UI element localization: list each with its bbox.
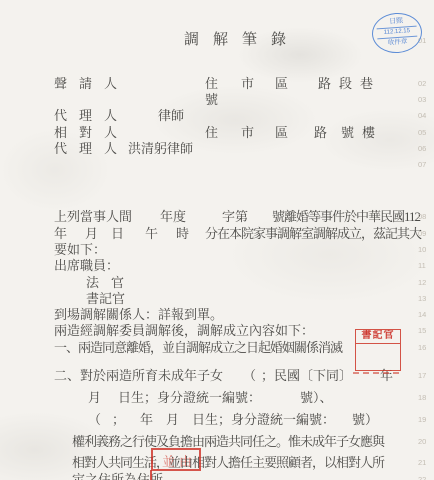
received-stamp-type: 收件章 bbox=[373, 36, 422, 49]
line-number: 14 bbox=[418, 310, 434, 319]
line-number: 12 bbox=[418, 278, 434, 287]
document-line: 上列當事人間年度字第號離婚等事件於中華民國112 bbox=[0, 209, 434, 225]
text-segment: 時 bbox=[176, 226, 189, 242]
line-number: 02 bbox=[418, 79, 434, 88]
clerk-seal-underline bbox=[353, 372, 399, 374]
line-number: 19 bbox=[418, 415, 434, 424]
line-number: 07 bbox=[418, 160, 434, 169]
text-segment: 日生；身分證統一編號： bbox=[118, 390, 261, 406]
document-line: （；年月日生；身分證統一編號：號） bbox=[0, 412, 434, 428]
line-number: 17 bbox=[418, 371, 434, 380]
text-segment: 律師 bbox=[158, 108, 184, 124]
line-number: 04 bbox=[418, 111, 434, 120]
text-segment: 號）、 bbox=[300, 390, 333, 406]
document-line: 代理人洪清躬律師 bbox=[0, 141, 434, 157]
document-line: 書記官 bbox=[0, 291, 434, 307]
text-segment: 代理人 bbox=[54, 108, 129, 124]
document-line: 月日生；身分證統一編號：號）、 bbox=[0, 390, 434, 406]
text-segment: 字第 bbox=[222, 209, 248, 225]
text-segment: 午 bbox=[145, 226, 158, 242]
text-segment: 書記官 bbox=[86, 291, 125, 307]
line-number: 08 bbox=[418, 212, 434, 221]
text-segment: 號樓 bbox=[341, 125, 383, 141]
text-segment: 月 bbox=[85, 226, 98, 242]
line-number: 15 bbox=[418, 326, 434, 335]
insertion-mark-text: 並由 bbox=[162, 451, 196, 470]
text-segment: 年 bbox=[140, 412, 153, 428]
clerk-seal-label: 書記官 bbox=[356, 330, 400, 344]
text-segment: 分在本院家事調解室調解成立，茲記其大 bbox=[205, 226, 421, 242]
text-segment: （ bbox=[243, 368, 256, 384]
scanned-document-page: 調解筆錄 聲請人住市區路段巷號代理人律師相對人住市區路號樓代理人洪清躬律師上列當… bbox=[0, 0, 434, 480]
text-segment: ；民國〔下同〕 bbox=[261, 368, 352, 384]
line-number: 10 bbox=[418, 245, 434, 254]
text-segment: 二、對於兩造所育未成年子女 bbox=[54, 368, 223, 384]
line-number: 16 bbox=[418, 343, 434, 352]
text-segment: 兩造經調解委員調解後，調解成立內容如下： bbox=[54, 323, 314, 339]
line-number: 13 bbox=[418, 294, 434, 303]
line-number: 09 bbox=[418, 229, 434, 238]
text-segment: 日生；身分證統一編號： bbox=[192, 412, 335, 428]
line-number: 11 bbox=[418, 261, 434, 270]
text-segment: （ bbox=[88, 412, 101, 428]
text-segment: 市 bbox=[241, 125, 254, 141]
line-number: 05 bbox=[418, 128, 434, 137]
clerk-seal-box: 書記官 bbox=[355, 329, 401, 371]
text-segment: 市 bbox=[241, 76, 254, 92]
line-number: 18 bbox=[418, 393, 434, 402]
document-line: 法官 bbox=[0, 275, 434, 291]
text-segment: 月 bbox=[88, 390, 101, 406]
text-segment: 年度 bbox=[160, 209, 186, 225]
document-line: 代理人律師 bbox=[0, 108, 434, 124]
line-number: 22 bbox=[418, 475, 434, 480]
text-segment: 出席職員： bbox=[54, 258, 119, 274]
document-line: 號 bbox=[0, 92, 434, 108]
text-segment: 住 bbox=[205, 76, 218, 92]
text-segment: 年 bbox=[54, 226, 67, 242]
document-line: 定之住所為住所 bbox=[0, 472, 434, 480]
text-segment: 一、兩造同意離婚，並自調解成立之日起婚姻關係消滅 bbox=[54, 340, 342, 356]
text-segment: 洪清躬律師 bbox=[128, 141, 193, 157]
date-received-stamp: 日熙 112.12.15 收件章 bbox=[371, 11, 424, 54]
text-segment: 號離婚等事件於中華民國112 bbox=[272, 209, 420, 225]
document-line: 聲請人住市區路段巷 bbox=[0, 76, 434, 92]
text-segment: 權利義務之行使及負擔由兩造共同任之。惟未成年子女應與 bbox=[72, 434, 384, 450]
text-segment: 區 bbox=[275, 125, 288, 141]
line-number: 21 bbox=[418, 458, 434, 467]
text-segment: 到場調解關係人：詳報到單。 bbox=[54, 307, 223, 323]
insertion-mark-line bbox=[150, 470, 152, 480]
text-segment: 相對人共同生活，並由相對人擔任主要照顧者，以相對人所 bbox=[72, 455, 384, 471]
text-segment: 號） bbox=[352, 412, 378, 428]
text-segment: 法官 bbox=[86, 275, 136, 291]
line-number: 03 bbox=[418, 95, 434, 104]
document-line: 權利義務之行使及負擔由兩造共同任之。惟未成年子女應與 bbox=[0, 434, 434, 450]
text-segment: 相對人 bbox=[54, 125, 129, 141]
line-number: 20 bbox=[418, 437, 434, 446]
text-segment: 要如下： bbox=[54, 242, 106, 258]
text-segment: ； bbox=[112, 412, 125, 428]
text-segment: 路段巷 bbox=[318, 76, 381, 92]
text-segment: 聲請人 bbox=[54, 76, 129, 92]
document-line: 要如下： bbox=[0, 242, 434, 258]
document-line: 相對人住市區路號樓 bbox=[0, 125, 434, 141]
text-segment: 代理人 bbox=[54, 141, 129, 157]
text-segment: 上列當事人間 bbox=[54, 209, 132, 225]
text-segment: 路 bbox=[314, 125, 327, 141]
document-title: 調解筆錄 bbox=[184, 28, 300, 49]
text-segment: 住 bbox=[205, 125, 218, 141]
text-segment: 區 bbox=[275, 76, 288, 92]
text-segment: 日 bbox=[111, 226, 124, 242]
document-line: 到場調解關係人：詳報到單。 bbox=[0, 307, 434, 323]
text-segment: 月 bbox=[166, 412, 179, 428]
text-segment: 號 bbox=[205, 92, 218, 108]
document-line: 年月日午時分在本院家事調解室調解成立，茲記其大 bbox=[0, 226, 434, 242]
document-line: 相對人共同生活，並由相對人擔任主要照顧者，以相對人所 bbox=[0, 455, 434, 471]
document-line: 出席職員： bbox=[0, 258, 434, 274]
line-number: 06 bbox=[418, 144, 434, 153]
